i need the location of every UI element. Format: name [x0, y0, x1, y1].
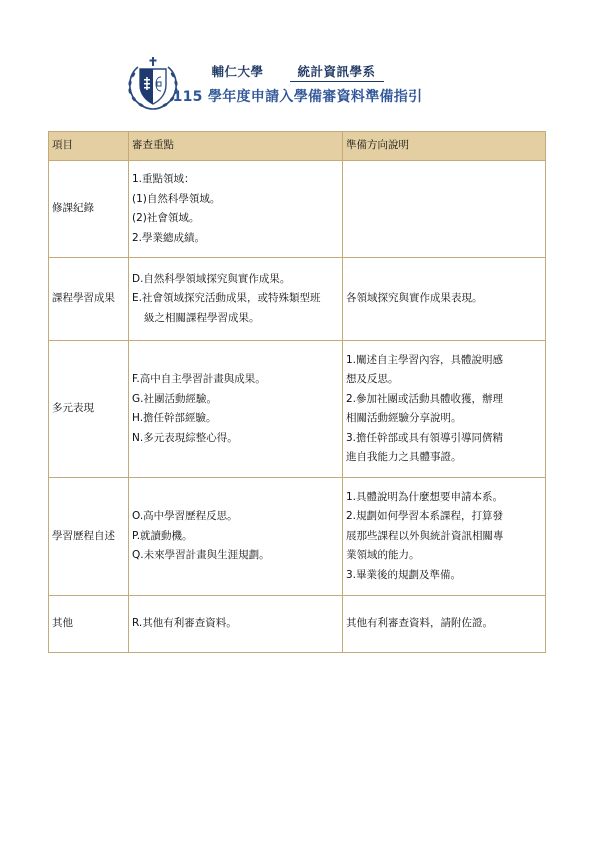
department-name: 統計資訊學系: [290, 62, 384, 82]
document-header: 輔仁大學統計資訊學系 115 學年度申請入學備審資料準備指引: [0, 0, 595, 120]
focus-line: O.高中學習歷程反思。: [132, 507, 339, 527]
focus-line: P.就讀動機。: [132, 527, 339, 547]
focus-line: 2.學業總成績。: [132, 229, 339, 249]
table-header-row: 項目 審查重點 準備方向說明: [49, 132, 546, 161]
direction-line: 展那些課程以外與統計資訊相關專: [346, 527, 542, 547]
direction-line: 1.具體說明為什麼想要申請本系。: [346, 488, 542, 508]
table-row: 學習歷程自述 O.高中學習歷程反思。 P.就讀動機。 Q.未來學習計畫與生涯規劃…: [49, 478, 546, 596]
university-name: 輔仁大學: [211, 62, 263, 80]
focus-line: G.社團活動經驗。: [132, 390, 339, 410]
direction-cell: 各領域探究與實作成果表現。: [343, 258, 546, 341]
table-row: 多元表現 F.高中自主學習計畫與成果。 G.社團活動經驗。 H.擔任幹部經驗。 …: [49, 341, 546, 478]
direction-line: 業領域的能力。: [346, 546, 542, 566]
direction-line: 進自我能力之具體事證。: [346, 448, 542, 468]
column-header-focus: 審查重點: [129, 132, 343, 161]
item-cell: 學習歷程自述: [49, 478, 129, 596]
direction-line: 2.參加社團或活動具體收獲，辦理: [346, 390, 542, 410]
focus-line: (2)社會領域。: [132, 209, 339, 229]
focus-line: R.其他有利審查資料。: [132, 614, 339, 634]
direction-line: 3.擔任幹部或具有領導引導同儕精: [346, 429, 542, 449]
review-guide-table: 項目 審查重點 準備方向說明 修課紀錄 1.重點領域： (1)自然科學領域。 (…: [48, 131, 546, 653]
focus-line: (1)自然科學領域。: [132, 190, 339, 210]
focus-line: H.擔任幹部經驗。: [132, 409, 339, 429]
direction-line: 相關活動經驗分享說明。: [346, 409, 542, 429]
table-row: 修課紀錄 1.重點領域： (1)自然科學領域。 (2)社會領域。 2.學業總成績…: [49, 161, 546, 258]
item-cell: 課程學習成果: [49, 258, 129, 341]
table-row: 其他 R.其他有利審查資料。 其他有利審查資料，請附佐證。: [49, 596, 546, 653]
direction-line: 各領域探究與實作成果表現。: [346, 289, 542, 309]
direction-cell: 1.具體說明為什麼想要申請本系。 2.規劃如何學習本系課程，打算發 展那些課程以…: [343, 478, 546, 596]
focus-line: D.自然科學領域探究與實作成果。: [132, 270, 339, 290]
focus-cell: F.高中自主學習計畫與成果。 G.社團活動經驗。 H.擔任幹部經驗。 N.多元表…: [129, 341, 343, 478]
direction-cell: 其他有利審查資料，請附佐證。: [343, 596, 546, 653]
focus-line: Q.未來學習計畫與生涯規劃。: [132, 546, 339, 566]
direction-cell: 1.闡述自主學習內容，具體說明感 想及反思。 2.參加社團或活動具體收獲，辦理 …: [343, 341, 546, 478]
direction-line: 1.闡述自主學習內容，具體說明感: [346, 351, 542, 371]
item-cell: 其他: [49, 596, 129, 653]
focus-line: F.高中自主學習計畫與成果。: [132, 370, 339, 390]
focus-cell: 1.重點領域： (1)自然科學領域。 (2)社會領域。 2.學業總成績。: [129, 161, 343, 258]
direction-line: 3.畢業後的規劃及準備。: [346, 566, 542, 586]
direction-line: 想及反思。: [346, 370, 542, 390]
column-header-item: 項目: [49, 132, 129, 161]
focus-line: N.多元表現綜整心得。: [132, 429, 339, 449]
item-cell: 修課紀錄: [49, 161, 129, 258]
direction-line: 2.規劃如何學習本系課程，打算發: [346, 507, 542, 527]
column-header-direction: 準備方向說明: [343, 132, 546, 161]
focus-cell: R.其他有利審查資料。: [129, 596, 343, 653]
item-cell: 多元表現: [49, 341, 129, 478]
focus-line: E.社會領域探究活動成果，或特殊類型班: [132, 289, 339, 309]
direction-cell: [343, 161, 546, 258]
document-subtitle: 115 學年度申請入學備審資料準備指引: [0, 86, 595, 106]
table-row: 課程學習成果 D.自然科學領域探究與實作成果。 E.社會領域探究活動成果，或特殊…: [49, 258, 546, 341]
document-title: 輔仁大學統計資訊學系: [0, 62, 595, 82]
direction-line: 其他有利審查資料，請附佐證。: [346, 614, 542, 634]
focus-line: 級之相關課程學習成果。: [132, 309, 339, 329]
focus-cell: O.高中學習歷程反思。 P.就讀動機。 Q.未來學習計畫與生涯規劃。: [129, 478, 343, 596]
focus-line: 1.重點領域：: [132, 170, 339, 190]
focus-cell: D.自然科學領域探究與實作成果。 E.社會領域探究活動成果，或特殊類型班 級之相…: [129, 258, 343, 341]
